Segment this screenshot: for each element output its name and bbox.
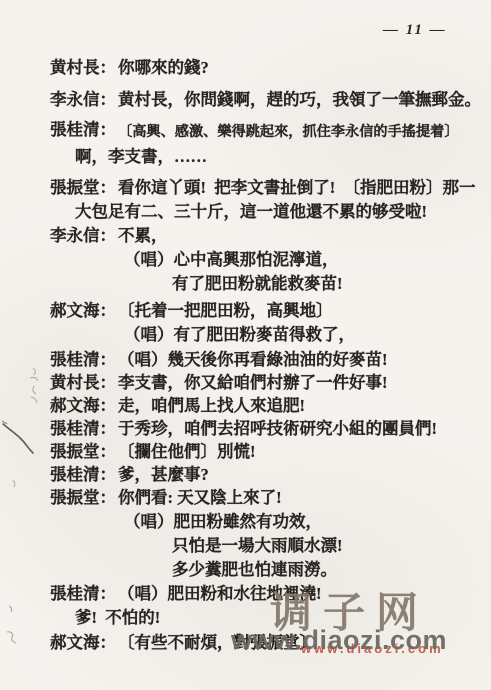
speaker-name: 張桂清： bbox=[50, 419, 118, 439]
script-line: 張桂清：（唱）幾天後你再看綠油油的好麥苗! bbox=[50, 350, 388, 370]
script-line: （唱）肥田粉雖然有功效， bbox=[124, 512, 322, 532]
speaker-name: 張桂清： bbox=[50, 350, 118, 370]
line-text: 走，咱們馬上找人來追肥! bbox=[118, 396, 305, 416]
line-text: （唱）有了肥田粉麥苗得救了， bbox=[124, 325, 355, 345]
script-line: 啊，李支書，…… bbox=[75, 147, 207, 167]
scanned-page: — 11 — 黄村長：你哪來的錢?李永信：黄村長，你問錢啊，趕的巧，我領了一筆撫… bbox=[0, 0, 491, 690]
speaker-name: 李永信： bbox=[50, 90, 118, 110]
script-line: 黄村長：你哪來的錢? bbox=[50, 58, 209, 78]
speaker-name: 張振堂： bbox=[50, 178, 118, 198]
script-line: 李永信：不累， bbox=[50, 226, 168, 246]
speaker-name: 李永信： bbox=[50, 226, 118, 246]
line-text: 李支書，你又給咱們村辦了一件好事! bbox=[118, 373, 388, 393]
speaker-name: 張振堂： bbox=[50, 442, 118, 462]
line-text: 〔托着一把肥田粉，高興地〕 bbox=[118, 301, 333, 321]
line-text: 只怕是一場大雨順水漂! bbox=[172, 536, 343, 556]
speaker-name: 郝文海： bbox=[50, 301, 118, 321]
page-number: — 11 — bbox=[383, 22, 447, 39]
script-line: 張桂清：爹，甚麼事? bbox=[50, 465, 209, 485]
script-line: 黄村長：李支書，你又給咱們村辦了一件好事! bbox=[50, 373, 388, 393]
script-line: 張桂清：〔高興、感激、樂得跳起來，抓住李永信的手搖提着〕 bbox=[50, 120, 459, 142]
speaker-name: 黄村長： bbox=[50, 373, 118, 393]
line-text: 你哪來的錢? bbox=[118, 58, 209, 78]
script-line: 張振堂：〔攔住他們〕別慌! bbox=[50, 442, 256, 462]
line-text: 不累， bbox=[118, 226, 168, 246]
script-line: 李永信：黄村長，你問錢啊，趕的巧，我領了一筆撫郵金。 bbox=[50, 90, 481, 110]
script-line: 大包足有二、三十斤，這一道他還不累的够受啦! bbox=[75, 202, 427, 222]
line-text: 于秀珍，咱們去招呼技術研究小組的團員們! bbox=[118, 419, 437, 439]
script-line: 張桂清：（唱）肥田粉和水往地裡澆! bbox=[50, 584, 322, 604]
line-text: 看你這丫頭! 把李文書扯倒了! 〔指肥田粉〕那一 bbox=[118, 178, 476, 198]
line-text: 多少糞肥也怕連雨澇。 bbox=[172, 560, 337, 580]
line-text: 有了肥田粉就能救麥苗! bbox=[172, 274, 343, 294]
speaker-name: 張桂清： bbox=[50, 465, 118, 485]
line-text: 黄村長，你問錢啊，趕的巧，我領了一筆撫郵金。 bbox=[118, 90, 481, 110]
line-text: 啊，李支書，…… bbox=[75, 147, 207, 167]
speaker-name: 張桂清： bbox=[50, 584, 118, 604]
speaker-name: 張桂清： bbox=[50, 120, 118, 140]
script-line: 張振堂：看你這丫頭! 把李文書扯倒了! 〔指肥田粉〕那一 bbox=[50, 178, 476, 198]
watermark-red-text: www.diaozi.com bbox=[301, 641, 444, 656]
script-line: 張振堂：你們看: 天又陰上來了! bbox=[50, 488, 282, 508]
script-line: 郝文海：〔有些不耐煩，對張振堂〕 bbox=[50, 633, 316, 653]
speaker-name: 張振堂： bbox=[50, 488, 118, 508]
line-text: （唱）肥田粉和水往地裡澆! bbox=[118, 584, 322, 604]
line-text: 〔攔住他們〕別慌! bbox=[118, 442, 256, 462]
script-line: 只怕是一場大雨順水漂! bbox=[172, 536, 343, 556]
line-text: （唱）幾天後你再看綠油油的好麥苗! bbox=[118, 350, 388, 370]
line-text: 〔高興、感激、樂得跳起來，抓住李永信的手搖提着〕 bbox=[118, 120, 459, 142]
speaker-name: 郝文海： bbox=[50, 633, 118, 653]
script-line: 爹! 不怕的! bbox=[75, 608, 160, 628]
speaker-name: 郝文海： bbox=[50, 396, 118, 416]
script-line: （唱）有了肥田粉麥苗得救了， bbox=[124, 325, 355, 345]
line-text: 〔有些不耐煩，對張振堂〕 bbox=[118, 633, 316, 653]
script-line: 有了肥田粉就能救麥苗! bbox=[172, 274, 343, 294]
line-text: 大包足有二、三十斤，這一道他還不累的够受啦! bbox=[75, 202, 427, 222]
script-line: 郝文海：走，咱們馬上找人來追肥! bbox=[50, 396, 305, 416]
script-line: 郝文海：〔托着一把肥田粉，高興地〕 bbox=[50, 301, 333, 321]
speaker-name: 黄村長： bbox=[50, 58, 118, 78]
margin-pen-marks bbox=[0, 0, 60, 690]
script-line: （唱）心中高興那怕泥濘道， bbox=[124, 250, 339, 270]
script-line: 張桂清：于秀珍，咱們去招呼技術研究小組的團員們! bbox=[50, 419, 437, 439]
line-text: （唱）肥田粉雖然有功效， bbox=[124, 512, 322, 532]
line-text: 你們看: 天又陰上來了! bbox=[118, 488, 282, 508]
script-line: 多少糞肥也怕連雨澇。 bbox=[172, 560, 337, 580]
line-text: （唱）心中高興那怕泥濘道， bbox=[124, 250, 339, 270]
line-text: 爹，甚麼事? bbox=[118, 465, 209, 485]
line-text: 爹! 不怕的! bbox=[75, 608, 160, 628]
